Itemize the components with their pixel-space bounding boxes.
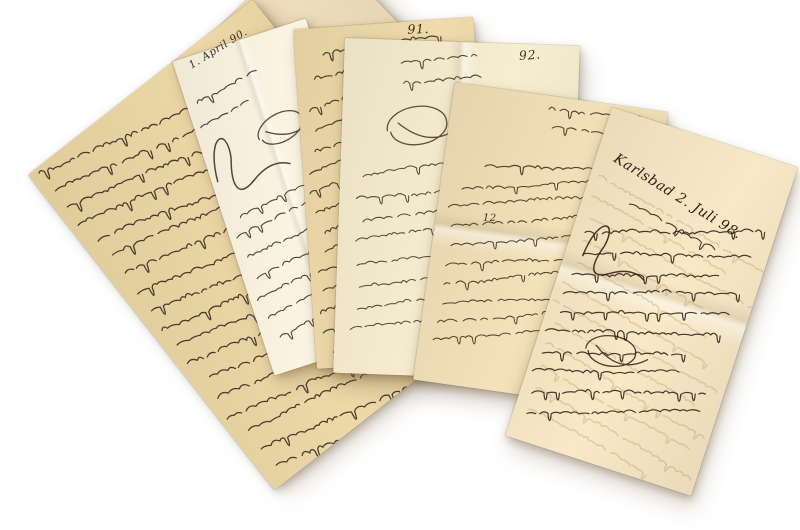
- letters-photo: 16. Dzbr. 89. 1. April 90. 91. 92. 4. 95…: [0, 0, 800, 530]
- date-label: 91.: [407, 23, 429, 36]
- date-label: 92.: [519, 49, 542, 63]
- note-label: 12: [483, 214, 497, 224]
